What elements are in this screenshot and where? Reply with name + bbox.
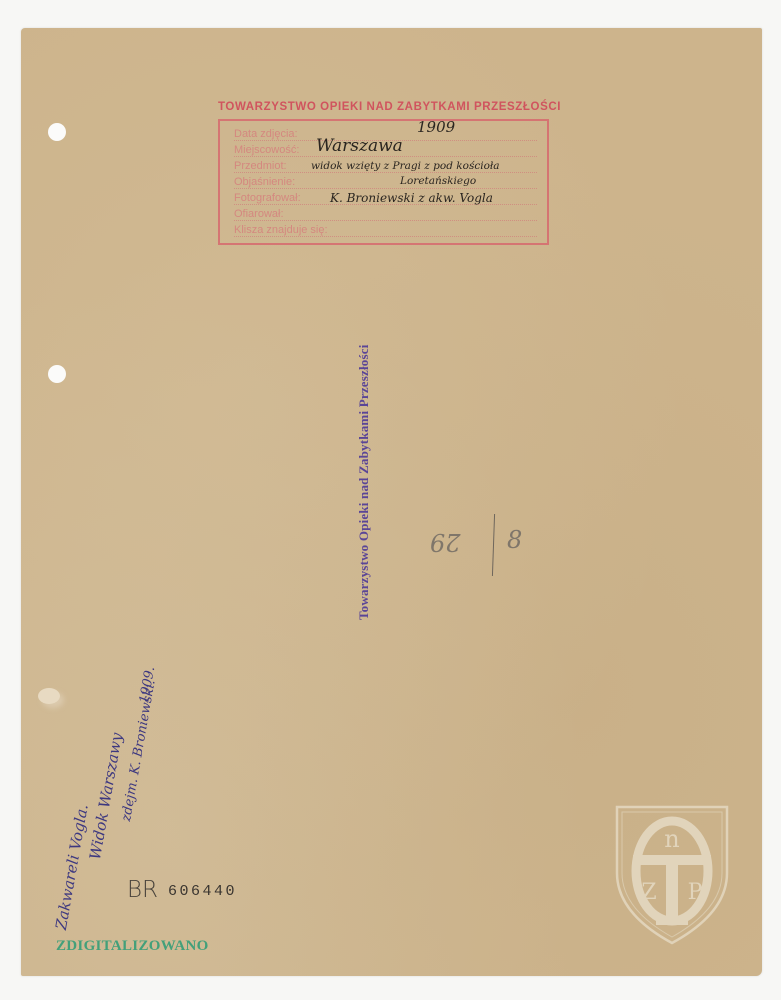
value-photo-date: 1909 (417, 118, 455, 136)
field-donor: Ofiarował: (234, 206, 537, 221)
paper-stain (38, 688, 60, 704)
field-label: Fotografował: (234, 192, 301, 204)
field-label: Klisza znajduje się: (234, 224, 328, 236)
field-label: Przedmiot: (234, 160, 287, 172)
field-label: Ofiarował: (234, 208, 284, 220)
field-label: Objaśnienie: (234, 176, 295, 188)
svg-text:P: P (688, 880, 703, 905)
digitized-stamp: ZDIGITALIZOWANO (56, 938, 209, 955)
punch-hole-middle (48, 365, 66, 383)
value-photographer: K. Broniewski z akw. Vogla (330, 191, 493, 205)
value-subject: widok wzięty z Pragi z pod kościoła (311, 160, 500, 172)
svg-text:n: n (664, 825, 679, 853)
punch-hole-top (48, 123, 66, 141)
stamp-title: TOWARZYSTWO OPIEKI NAD ZABYTKAMI PRZESZŁ… (218, 101, 558, 113)
field-label: Data zdjęcia: (234, 128, 298, 140)
pencil-number-left: 29 (430, 528, 461, 556)
field-label: Miejscowość: (234, 144, 299, 156)
field-explanation: Objaśnienie: (234, 174, 537, 189)
pencil-number-right: 8 (507, 526, 522, 554)
value-explanation: Loretańskiego (400, 175, 476, 187)
tonzp-emblem-icon: n Z P (611, 803, 733, 945)
svg-text:Z: Z (641, 880, 656, 905)
inventory-number: 606440 (168, 883, 237, 900)
field-negative-location: Klisza znajduje się: (234, 222, 537, 237)
inventory-prefix: BR (127, 877, 158, 903)
value-place: Warszawa (316, 136, 403, 156)
vertical-society-stamp: Towarzystwo Opieki nad Zabytkami Przeszł… (356, 344, 372, 620)
